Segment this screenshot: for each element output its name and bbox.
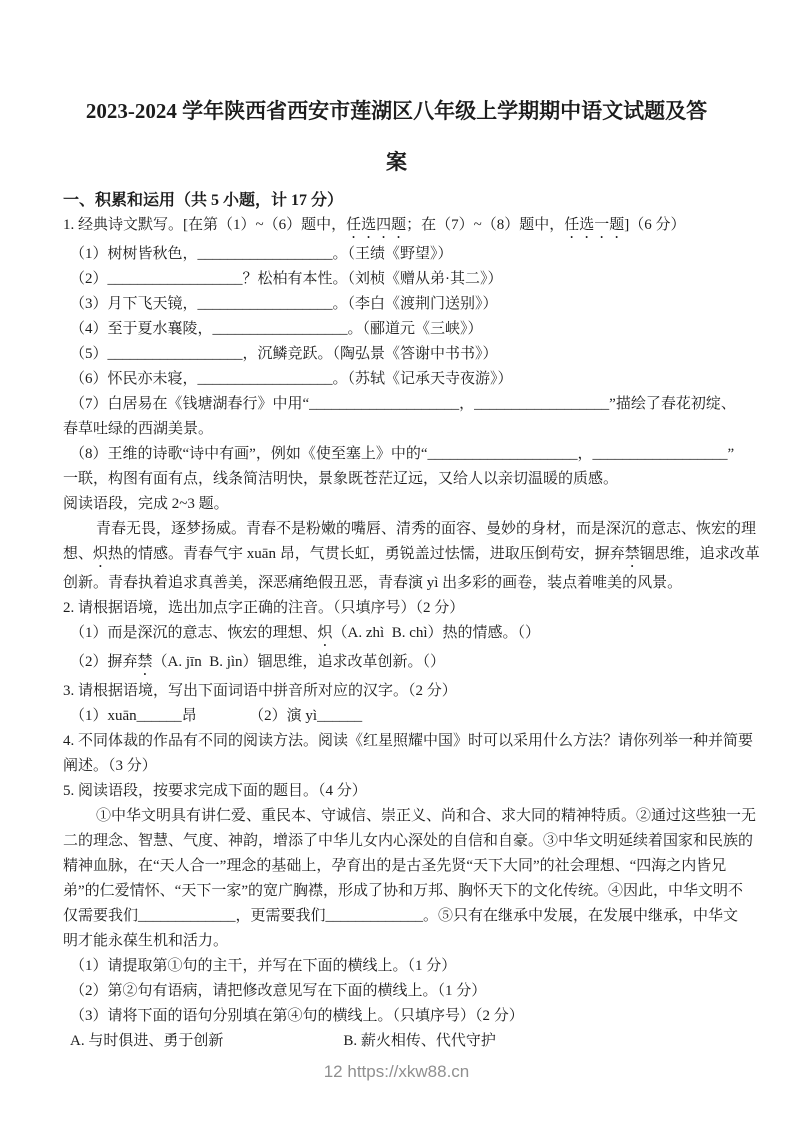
question-5-passage-line-3: 精神血脉，在“天人合一”理念的基础上，孕育出的是古圣先贤“天下大同”的社会理想、…: [63, 854, 730, 879]
reading-passage-intro: 阅读语段，完成 2~3 题。: [63, 492, 730, 517]
section-1-heading: 一、积累和运用（共 5 小题，计 17 分）: [63, 188, 730, 213]
question-5-passage-line-2: 二的理念、智慧、气度、神韵，增添了中华儿女内心深处的自信和自豪。③中华文明延续着…: [63, 829, 730, 854]
page-title-line-2: 案: [63, 137, 730, 188]
question-1-stem: 1. 经典诗文默写。[在第（1）~（6）题中，任选四题；在（7）~（8）题中，任…: [63, 213, 730, 242]
option-a: A. 与时俱进、勇于创新: [70, 1033, 223, 1049]
question-5-sub-3: （3）请将下面的语句分别填在第④句的横线上。（只填序号）（2 分）: [63, 1004, 730, 1029]
question-1-item-7: （7）白居易在《钱塘湖春行》中用“____________________，__…: [63, 392, 730, 417]
question-5-passage-line-1: ①中华文明具有讲仁爱、重民本、守诚信、崇正义、尚和合、求大同的精神特质。②通过这…: [63, 804, 730, 829]
question-5-passage-line-4: 弟”的仁爱情怀、“天下一家”的宽广胸襟，形成了协和万邦、胸怀天下的文化传统。④因…: [63, 879, 730, 904]
question-1-item-4: （4）至于夏水襄陵，__________________。（郦道元《三峡》）: [63, 317, 730, 342]
question-1-item-2: （2）__________________？松柏有本性。（刘桢《赠从弟·其二》）: [63, 267, 730, 292]
question-3-items: （1）xuān______昂 （2）演 yì______: [63, 704, 730, 729]
question-4-stem-continued: 阐述。（3 分）: [63, 754, 730, 779]
question-2-item-1: （1）而是深沉的意志、恢宏的理想、炽（A. zhì B. chì）热的情感。（）: [63, 621, 730, 650]
passage-line-2: 想、炽热的情感。青春气宇 xuān 昂，气贯长虹，勇锐盖过怯懦，进取压倒苟安，摒…: [63, 542, 730, 571]
emphasized-text: 任选四题: [346, 217, 406, 233]
question-5-sub-2: （2）第②句有语病，请把修改意见写在下面的横线上。（1 分）: [63, 979, 730, 1004]
page-number: 12: [324, 1062, 343, 1081]
question-1-item-7-continued: 春草吐绿的西湖美景。: [63, 417, 730, 442]
passage-line-1: 青春无畏，逐梦扬威。青春不是粉嫩的嘴唇、清秀的面容、曼妙的身材，而是深沉的意志、…: [63, 517, 730, 542]
question-2-stem: 2. 请根据语境，选出加点字正确的注音。（只填序号）（2 分）: [63, 596, 730, 621]
question-2-item-2: （2）摒弃禁（A. jīn B. jìn）锢思维，追求改革创新。（）: [63, 650, 730, 679]
question-1-item-8: （8）王维的诗歌“诗中有画”，例如《使至塞上》中的“______________…: [63, 442, 730, 467]
question-5-passage-line-5: 仅需要我们_____________，更需要我们_____________。⑤只…: [63, 904, 730, 929]
passage-line-3: 创新。青春执着追求真善美，深恶痛绝假丑恶，青春演 yì 出多彩的画卷，装点着唯美…: [63, 571, 730, 596]
emphasized-text: 任选一题: [564, 217, 624, 233]
question-1-item-3: （3）月下飞天镜，__________________。（李白《渡荆门送别》）: [63, 292, 730, 317]
emphasized-text: 禁: [138, 654, 153, 670]
page-title-line-1: 2023-2024 学年陕西省西安市莲湖区八年级上学期期中语文试题及答: [63, 86, 730, 137]
question-5-sub-1: （1）请提取第①句的主干，并写在下面的横线上。（1 分）: [63, 954, 730, 979]
question-3-stem: 3. 请根据语境，写出下面词语中拼音所对应的汉字。（2 分）: [63, 679, 730, 704]
question-5-options: A. 与时俱进、勇于创新B. 薪火相传、代代守护: [63, 1029, 730, 1054]
question-5-stem: 5. 阅读语段，按要求完成下面的题目。（4 分）: [63, 779, 730, 804]
footer-url: https://xkw88.cn: [347, 1062, 469, 1081]
question-4-stem: 4. 不同体裁的作品有不同的阅读方法。阅读《红星照耀中国》时可以采用什么方法？请…: [63, 729, 730, 754]
question-1-item-1: （1）树树皆秋色，__________________。（王绩《野望》）: [63, 242, 730, 267]
exam-paper-page: 2023-2024 学年陕西省西安市莲湖区八年级上学期期中语文试题及答 案 一、…: [0, 0, 793, 1122]
emphasized-text: 炽: [318, 625, 333, 641]
page-footer: 12 https://xkw88.cn: [0, 1062, 793, 1082]
question-1-item-8-continued: 一联，构图有面有点，线条简洁明快，景象既苍茫辽远，又给人以亲切温暖的质感。: [63, 467, 730, 492]
emphasized-text: 炽: [93, 546, 108, 562]
question-1-item-6: （6）怀民亦未寝，__________________。（苏轼《记承天寺夜游》）: [63, 367, 730, 392]
option-b: B. 薪火相传、代代守护: [343, 1029, 496, 1054]
question-5-passage-line-6: 明才能永葆生机和活力。: [63, 929, 730, 954]
emphasized-text: 禁: [625, 546, 640, 562]
question-1-item-5: （5）__________________，沉鳞竞跃。（陶弘景《答谢中书书》）: [63, 342, 730, 367]
